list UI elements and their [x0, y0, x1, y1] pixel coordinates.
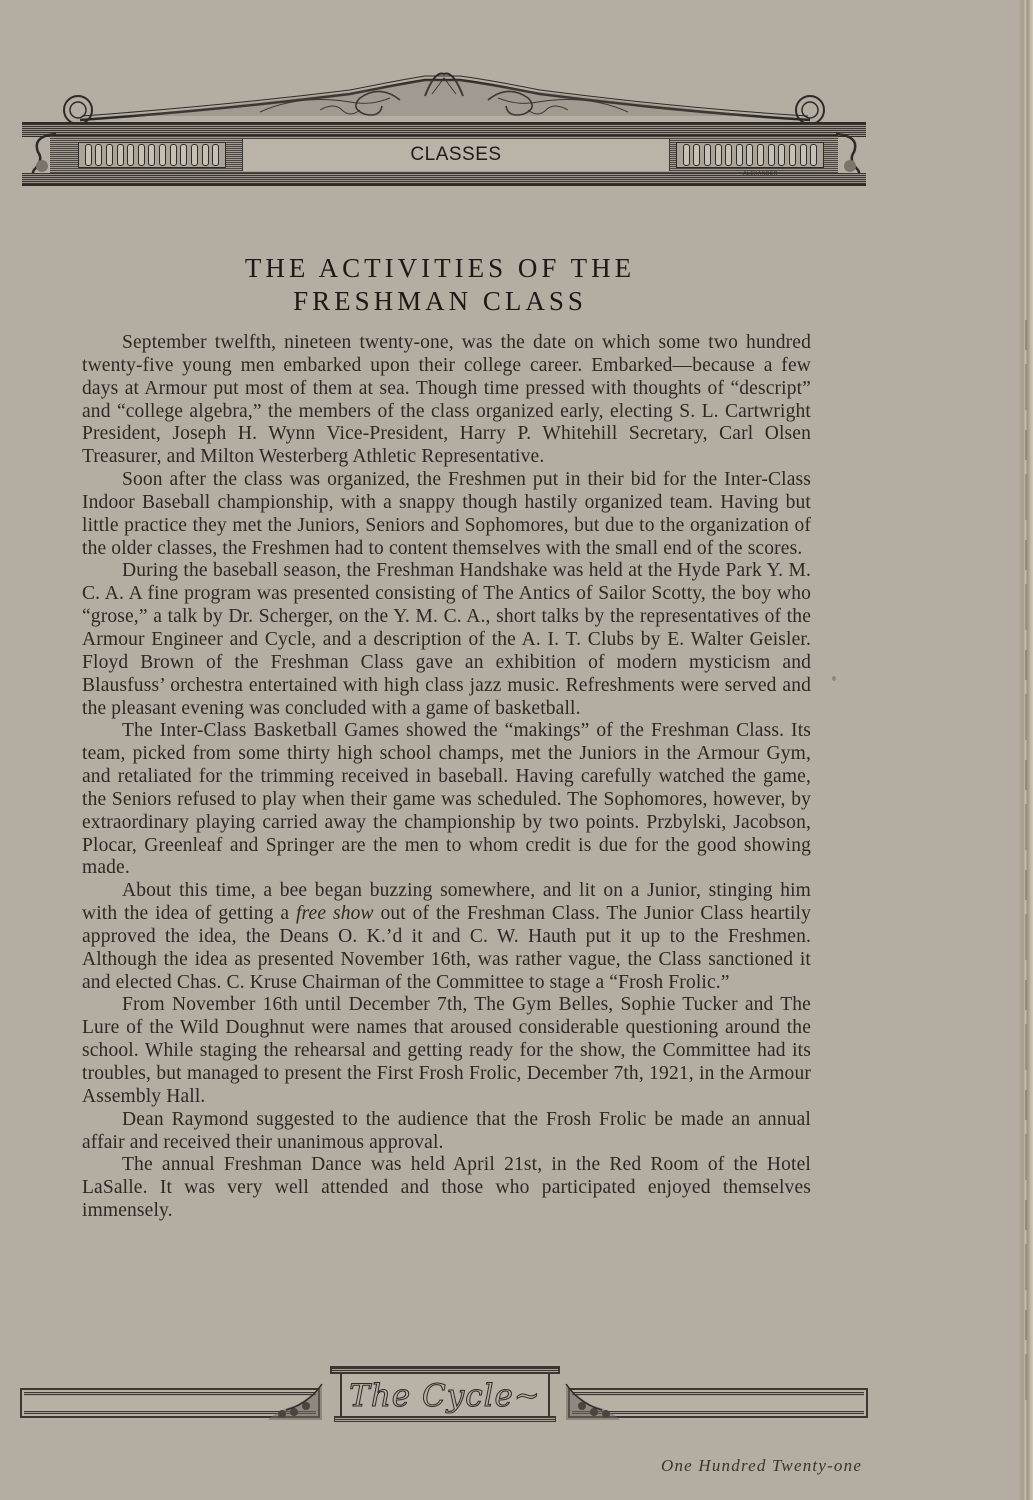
- page-number: One Hundred Twenty-one: [661, 1456, 862, 1476]
- plinth-foot: [334, 1416, 556, 1422]
- article-body: September twelfth, nineteen twenty-one, …: [82, 332, 811, 1223]
- paragraph: Dean Raymond suggested to the audience t…: [82, 1109, 811, 1155]
- paragraph: During the baseball season, the Freshman…: [82, 560, 811, 720]
- paper-speck: [832, 676, 836, 681]
- garland-right-icon: [564, 1382, 624, 1422]
- pediment-scrollwork-icon: [20, 70, 868, 130]
- scroll-bracket-left-icon: [26, 130, 60, 178]
- base-band: [22, 173, 866, 186]
- page-edge-binding: [1019, 0, 1033, 1500]
- magazine-name: The Cycle~: [349, 1378, 541, 1414]
- footer-plinth: The Cycle~: [330, 1366, 560, 1424]
- section-label: CLASSES: [410, 144, 501, 166]
- paragraph: The annual Freshman Dance was held April…: [82, 1154, 811, 1223]
- header-ornament: CLASSES ALEXANDER: [20, 70, 868, 186]
- paragraph: From November 16th until December 7th, T…: [82, 994, 811, 1108]
- garland-left-icon: [264, 1382, 324, 1422]
- fluted-panel-right: [676, 142, 824, 168]
- scroll-bracket-right-icon: [832, 130, 866, 178]
- frieze-band: CLASSES: [50, 135, 838, 175]
- engraver-mark: ALEXANDER: [743, 171, 778, 177]
- plinth-body: The Cycle~: [340, 1374, 550, 1418]
- paragraph: The Inter-Class Basketball Games showed …: [82, 720, 811, 880]
- title-line-1: THE ACTIVITIES OF THE: [245, 253, 635, 283]
- title-line-2: FRESHMAN CLASS: [293, 286, 587, 316]
- fluted-panel-left: [78, 142, 226, 168]
- plinth-cap: [330, 1366, 560, 1374]
- italic-phrase: free show: [296, 903, 374, 924]
- paragraph: September twelfth, nineteen twenty-one, …: [82, 332, 811, 469]
- section-label-box: CLASSES: [242, 139, 670, 171]
- paragraph: About this time, a bee began buzzing som…: [82, 880, 811, 994]
- paragraph: Soon after the class was organized, the …: [82, 469, 811, 560]
- footer-ornament: The Cycle~: [20, 1362, 868, 1424]
- article-title: THE ACTIVITIES OF THE FRESHMAN CLASS: [190, 252, 690, 318]
